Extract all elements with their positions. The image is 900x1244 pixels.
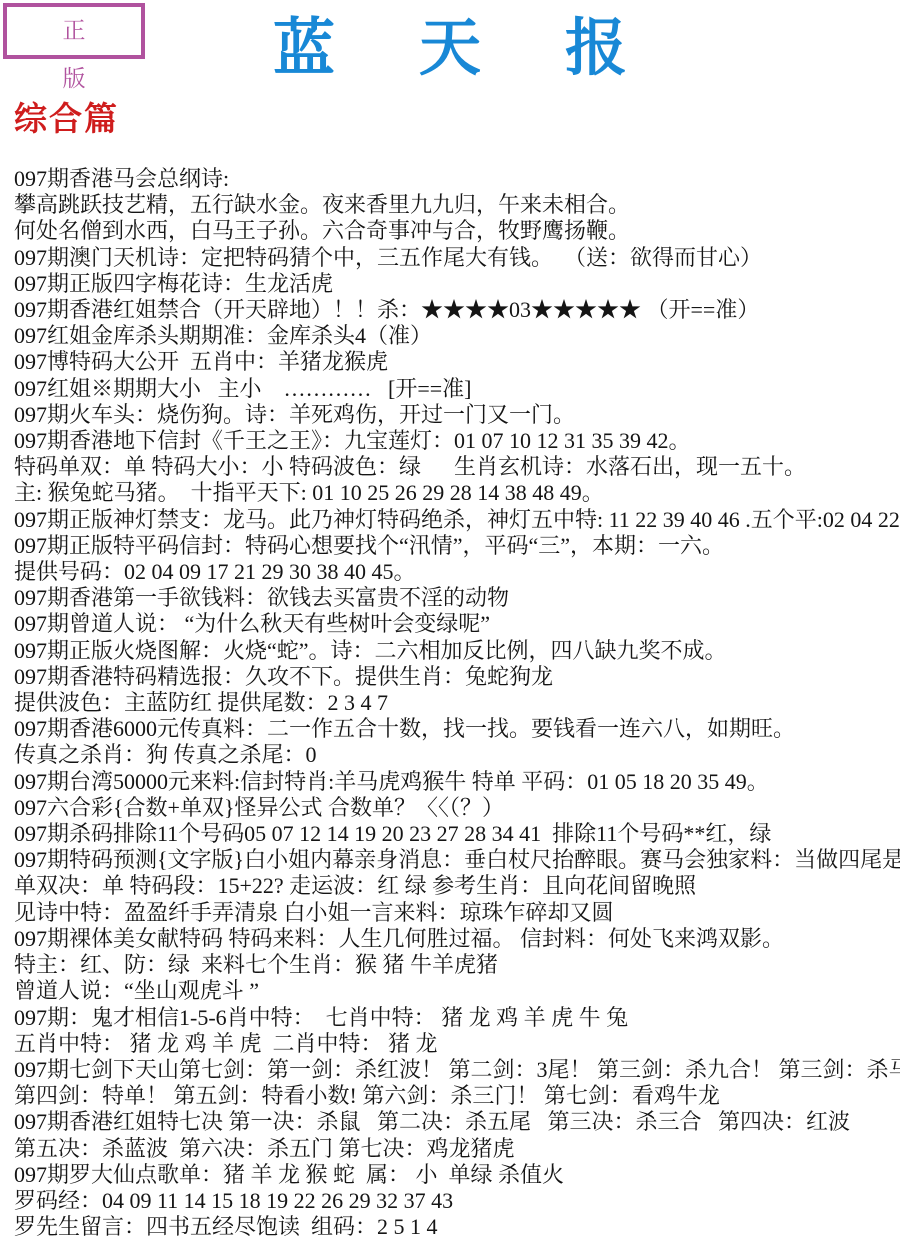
report-line: 097期：鬼才相信1-5-6肖中特： 七肖中特： 猪 龙 鸡 羊 虎 牛 兔 — [14, 1005, 896, 1031]
report-body: 097期香港马会总纲诗: 攀高跳跃技艺精，五行缺水金。夜来香里九九归，午来未相合… — [14, 166, 896, 1240]
report-line: 097博特码大公开 五肖中：羊猪龙猴虎 — [14, 349, 896, 375]
report-line: 097期杀码排除11个号码05 07 12 14 19 20 23 27 28 … — [14, 821, 896, 847]
report-line: 提供号码：02 04 09 17 21 29 30 38 40 45。 — [14, 559, 896, 585]
report-line: 特码单双：单 特码大小：小 特码波色：绿 生肖玄机诗：水落石出，现一五十。 — [14, 454, 896, 480]
report-line: 097六合彩{合数+单双}怪异公式 合数单？〈〈（？） — [14, 795, 896, 821]
report-line: 097期七剑下天山第七剑：第一剑：杀红波！ 第二剑：3尾！ 第三剑：杀九合！ 第… — [14, 1057, 896, 1083]
report-line: 罗码经：04 09 11 14 15 18 19 22 26 29 32 37 … — [14, 1188, 896, 1214]
report-line: 097期正版火烧图解：火烧“蛇”。诗：二六相加反比例，四八缺九奖不成。 — [14, 638, 896, 664]
report-line: 097红姐※期期大小 主小 ………… [开==准] — [14, 376, 896, 402]
newspaper-page: 正版 蓝天报 综合篇 097期香港马会总纲诗: 攀高跳跃技艺精，五行缺水金。夜来… — [0, 0, 900, 1244]
report-line: 097期正版神灯禁支：龙马。此乃神灯特码绝杀，神灯五中特: 11 22 39 4… — [14, 507, 896, 533]
report-line: 特主：红、防：绿 来料七个生肖：猴 猪 牛羊虎猪 — [14, 952, 896, 978]
report-line: 何处名僧到水西，白马王子孙。六合奇事冲与合，牧野鹰扬鞭。 — [14, 218, 896, 244]
report-line: 攀高跳跃技艺精，五行缺水金。夜来香里九九归，午来未相合。 — [14, 192, 896, 218]
report-line: 第四剑：特单！ 第五剑：特看小数! 第六剑：杀三门！ 第七剑：看鸡牛龙 — [14, 1083, 896, 1109]
report-line: 097期香港第一手欲钱料：欲钱去买富贵不淫的动物 — [14, 585, 896, 611]
report-line: 097期曾道人说： “为什么秋天有些树叶会变绿呢” — [14, 611, 896, 637]
report-line: 097期特码预测{文字版}白小姐内幕亲身消息：垂白杖尺抬醉眼。赛马会独家料：当做… — [14, 847, 896, 873]
report-line: 见诗中特：盈盈纤手弄清泉 白小姐一言来料：琼珠乍碎却又圆 — [14, 900, 896, 926]
report-line: 097期罗大仙点歌单：猪 羊 龙 猴 蛇 属： 小 单绿 杀值火 — [14, 1162, 896, 1188]
report-line: 097期澳门天机诗：定把特码猜个中，三五作尾大有钱。 （送：欲得而甘心） — [14, 245, 896, 271]
page-title: 蓝天报 — [0, 12, 900, 86]
report-line: 传真之杀肖：狗 传真之杀尾：0 — [14, 742, 896, 768]
report-line: 提供波色：主蓝防红 提供尾数：2 3 4 7 — [14, 690, 896, 716]
report-line: 097红姐金库杀头期期准：金库杀头4（准） — [14, 323, 896, 349]
report-line: 097期正版特平码信封：特码心想要找个“汛情”，平码“三”，本期：一六。 — [14, 533, 896, 559]
report-line: 097期香港6000元传真料：二一作五合十数，找一找。要钱看一连六八，如期旺。 — [14, 716, 896, 742]
report-line: 097期火车头：烧伤狗。诗：羊死鸡伤，开过一门又一门。 — [14, 402, 896, 428]
report-line: 097期香港马会总纲诗: — [14, 166, 896, 192]
report-line: 罗先生留言：四书五经尽饱读 组码：2 5 1 4 — [14, 1214, 896, 1240]
report-line: 主: 猴兔蛇马猪。 十指平天下: 01 10 25 26 29 28 14 38… — [14, 480, 896, 506]
report-line: 曾道人说：“坐山观虎斗 ” — [14, 978, 896, 1004]
report-line: 097期台湾50000元来料:信封特肖:羊马虎鸡猴牛 特单 平码：01 05 1… — [14, 769, 896, 795]
report-line: 097期香港红姐特七决 第一决：杀鼠 第二决：杀五尾 第三决：杀三合 第四决：红… — [14, 1109, 896, 1135]
section-title: 综合篇 — [14, 100, 119, 140]
report-line: 097期香港地下信封《千王之王》：九宝莲灯：01 07 10 12 31 35 … — [14, 428, 896, 454]
report-line: 单双决：单 特码段：15+22? 走运波：红 绿 参考生肖：且向花间留晚照 — [14, 873, 896, 899]
report-line: 097期裸体美女献特码 特码来料：人生几何胜过福。 信封料：何处飞来鸿双影。 — [14, 926, 896, 952]
report-line: 097期香港特码精选报：久攻不下。提供生肖：兔蛇狗龙 — [14, 664, 896, 690]
report-line: 097期正版四字梅花诗：生龙活虎 — [14, 271, 896, 297]
report-line: 097期香港红姐禁合（开天辟地）！！杀：★★★★03★★★★★ （开==准） — [14, 297, 896, 323]
report-line: 第五决：杀蓝波 第六决：杀五门 第七决：鸡龙猪虎 — [14, 1136, 896, 1162]
report-line: 五肖中特： 猪 龙 鸡 羊 虎 二肖中特： 猪 龙 — [14, 1031, 896, 1057]
